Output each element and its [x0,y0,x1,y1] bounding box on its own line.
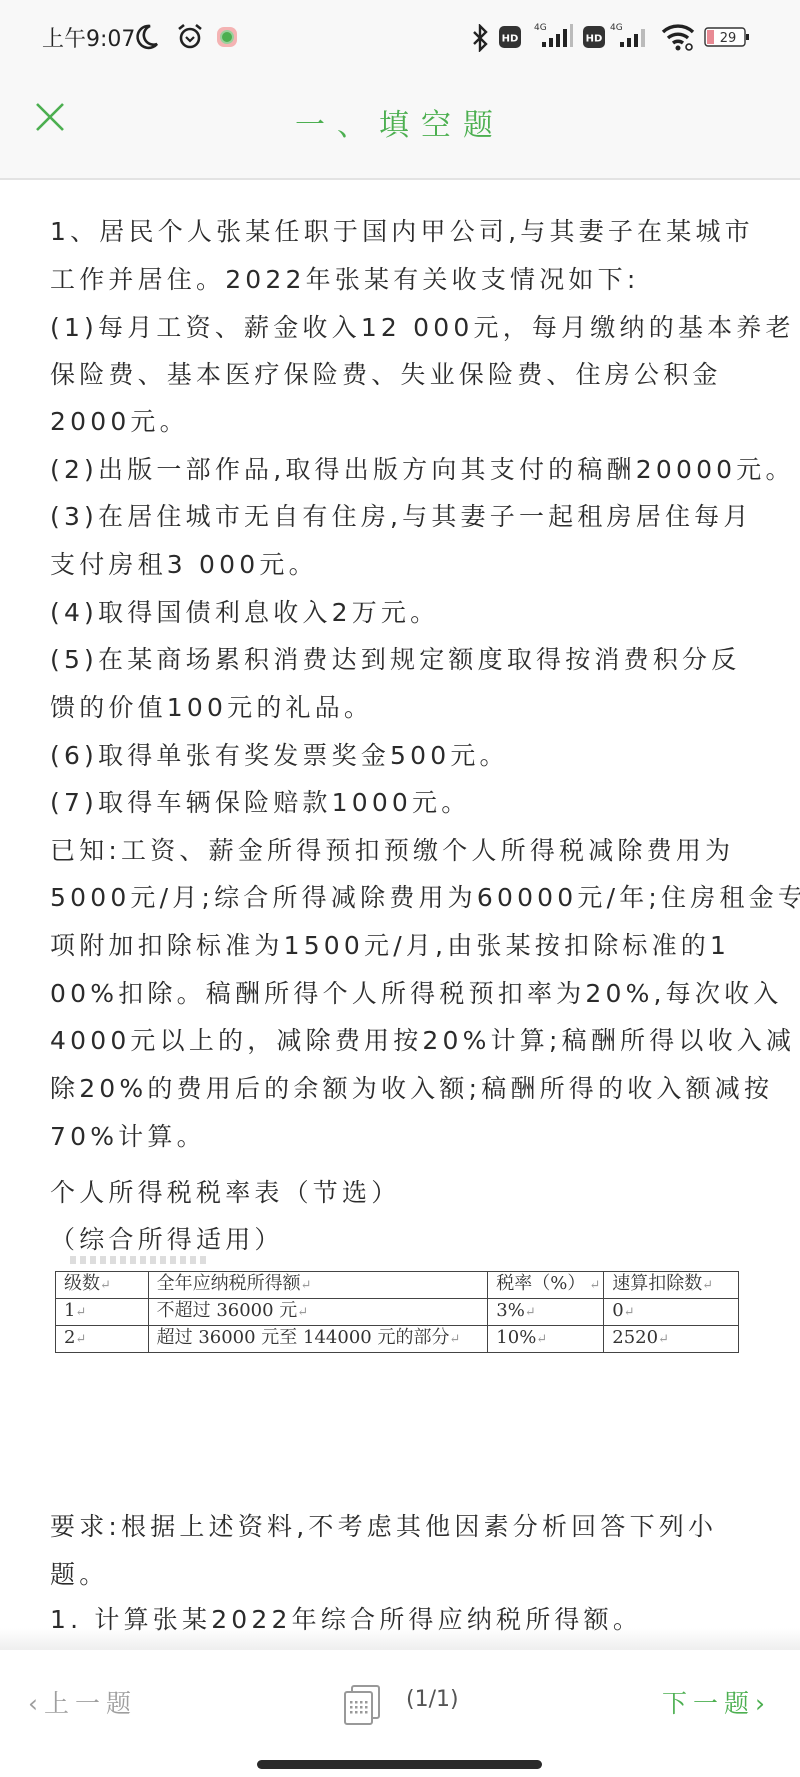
question-content: 1、居民个人张某任职于国内甲公司,与其妻子在某城市 工作并居住。2022年张某有… [0,180,800,1650]
svg-text:HD: HD [502,34,519,45]
table-header-cell: 全年应纳税所得额↵ [148,1272,488,1299]
tax-rate-table: 级数↵ 全年应纳税所得额↵ 税率（%） ↵ 速算扣除数↵ 1↵ 不超过 3600… [55,1271,739,1353]
table-header-cell: 级数↵ [56,1272,149,1299]
question-text-line: 馈的价值100元的礼品。 [50,693,373,723]
next-question-button[interactable]: 下一题› [662,1684,771,1720]
table-title: 个人所得税税率表（节选） [50,1178,400,1208]
question-text-line: (4)取得国债利息收入2万元。 [50,598,439,628]
table-cell: 2520↵ [604,1326,739,1353]
question-text-line: (7)取得车辆保险赔款1000元。 [50,788,470,818]
question-text-line: (1)每月工资、薪金收入12 000元，每月缴纳的基本养老 [50,313,795,343]
question-text-line: 已知:工资、薪金所得预扣预缴个人所得税减除费用为 [50,836,734,866]
table-header-cell: 税率（%） ↵ [488,1272,604,1299]
table-cell: 2↵ [56,1326,149,1353]
question-text-line: 00%扣除。稿酬所得个人所得税预扣率为20%,每次收入 [50,979,782,1009]
question-text-line: 除20%的费用后的余额为收入额;稿酬所得的收入额减按 [50,1074,773,1104]
hd-icon: HD [583,26,605,52]
question-text-line: 1、居民个人张某任职于国内甲公司,与其妻子在某城市 [50,217,754,247]
page-title: 一、填空题 [0,100,800,144]
wifi-icon [661,22,697,56]
question-text-line: (6)取得单张有奖发票奖金500元。 [50,741,509,771]
question-text-line: 支付房租3 000元。 [50,550,318,580]
header: 一、填空题 [0,78,800,180]
table-header-row: 级数↵ 全年应纳税所得额↵ 税率（%） ↵ 速算扣除数↵ [56,1272,739,1299]
page-count: (1/1) [406,1687,459,1712]
bottom-navigation: ‹上一题 (1/1) 下一题› [0,1650,800,1777]
question-text-line: 2000元。 [50,407,189,437]
table-row: 2↵ 超过 36000 元至 144000 元的部分↵ 10%↵ 2520↵ [56,1326,739,1353]
question-text-line: 保险费、基本医疗保险费、失业保险费、住房公积金 [50,360,722,390]
previous-question-button[interactable]: ‹上一题 [28,1684,137,1720]
table-cell: 3%↵ [488,1299,604,1326]
hd-icon: HD [499,26,521,52]
question-text-line: (3)在居住城市无自有住房,与其妻子一起租房居住每月 [50,502,753,532]
table-row: 1↵ 不超过 36000 元↵ 3%↵ 0↵ [56,1299,739,1326]
svg-text:HD: HD [586,34,603,45]
bluetooth-icon [472,24,488,56]
question-text-line: 70%计算。 [50,1122,206,1152]
table-cell: 1↵ [56,1299,149,1326]
requirement-text-line: 要求:根据上述资料,不考虑其他因素分析回答下列小 [50,1512,717,1542]
status-bar: 上午9:07 HD 4G HD 4G 29 [0,0,800,78]
question-text-line: 5000元/月;综合所得减除费用为60000元/年;住房租金专 [50,883,800,913]
battery-icon: 29 [704,27,750,51]
signal-4g-icon: 4G [608,20,654,54]
answer-sheet-button[interactable] [343,1685,381,1725]
table-cell: 0↵ [604,1299,739,1326]
requirement-text-line: 题。 [50,1560,108,1590]
svg-text:29: 29 [720,31,737,46]
svg-text:4G: 4G [610,23,623,33]
home-indicator[interactable] [257,1760,542,1769]
status-time: 上午9:07 [42,22,135,53]
question-text-line: (5)在某商场累积消费达到规定额度取得按消费积分反 [50,645,740,675]
answer-sheet-icon[interactable] [343,1685,381,1725]
question-text-line: 项附加扣除标准为1500元/月,由张某按扣除标准的1 [50,931,730,961]
table-cell: 不超过 36000 元↵ [148,1299,488,1326]
app-notification-icon [216,26,238,52]
svg-text:4G: 4G [534,23,547,33]
bottom-shadow [0,1628,800,1652]
image-crop-residual [70,1256,210,1264]
alarm-icon [176,22,204,54]
question-text-line: (2)出版一部作品,取得出版方向其支付的稿酬20000元。 [50,455,795,485]
table-cell: 超过 36000 元至 144000 元的部分↵ [148,1326,488,1353]
question-text-line: 4000元以上的，减除费用按20%计算;稿酬所得以收入减 [50,1026,795,1056]
table-header-cell: 速算扣除数↵ [604,1272,739,1299]
moon-icon [136,24,158,54]
question-text-line: 工作并居住。2022年张某有关收支情况如下: [50,265,639,295]
table-cell: 10%↵ [488,1326,604,1353]
table-subtitle: （综合所得适用） [50,1225,284,1255]
signal-4g-icon: 4G [530,20,576,54]
